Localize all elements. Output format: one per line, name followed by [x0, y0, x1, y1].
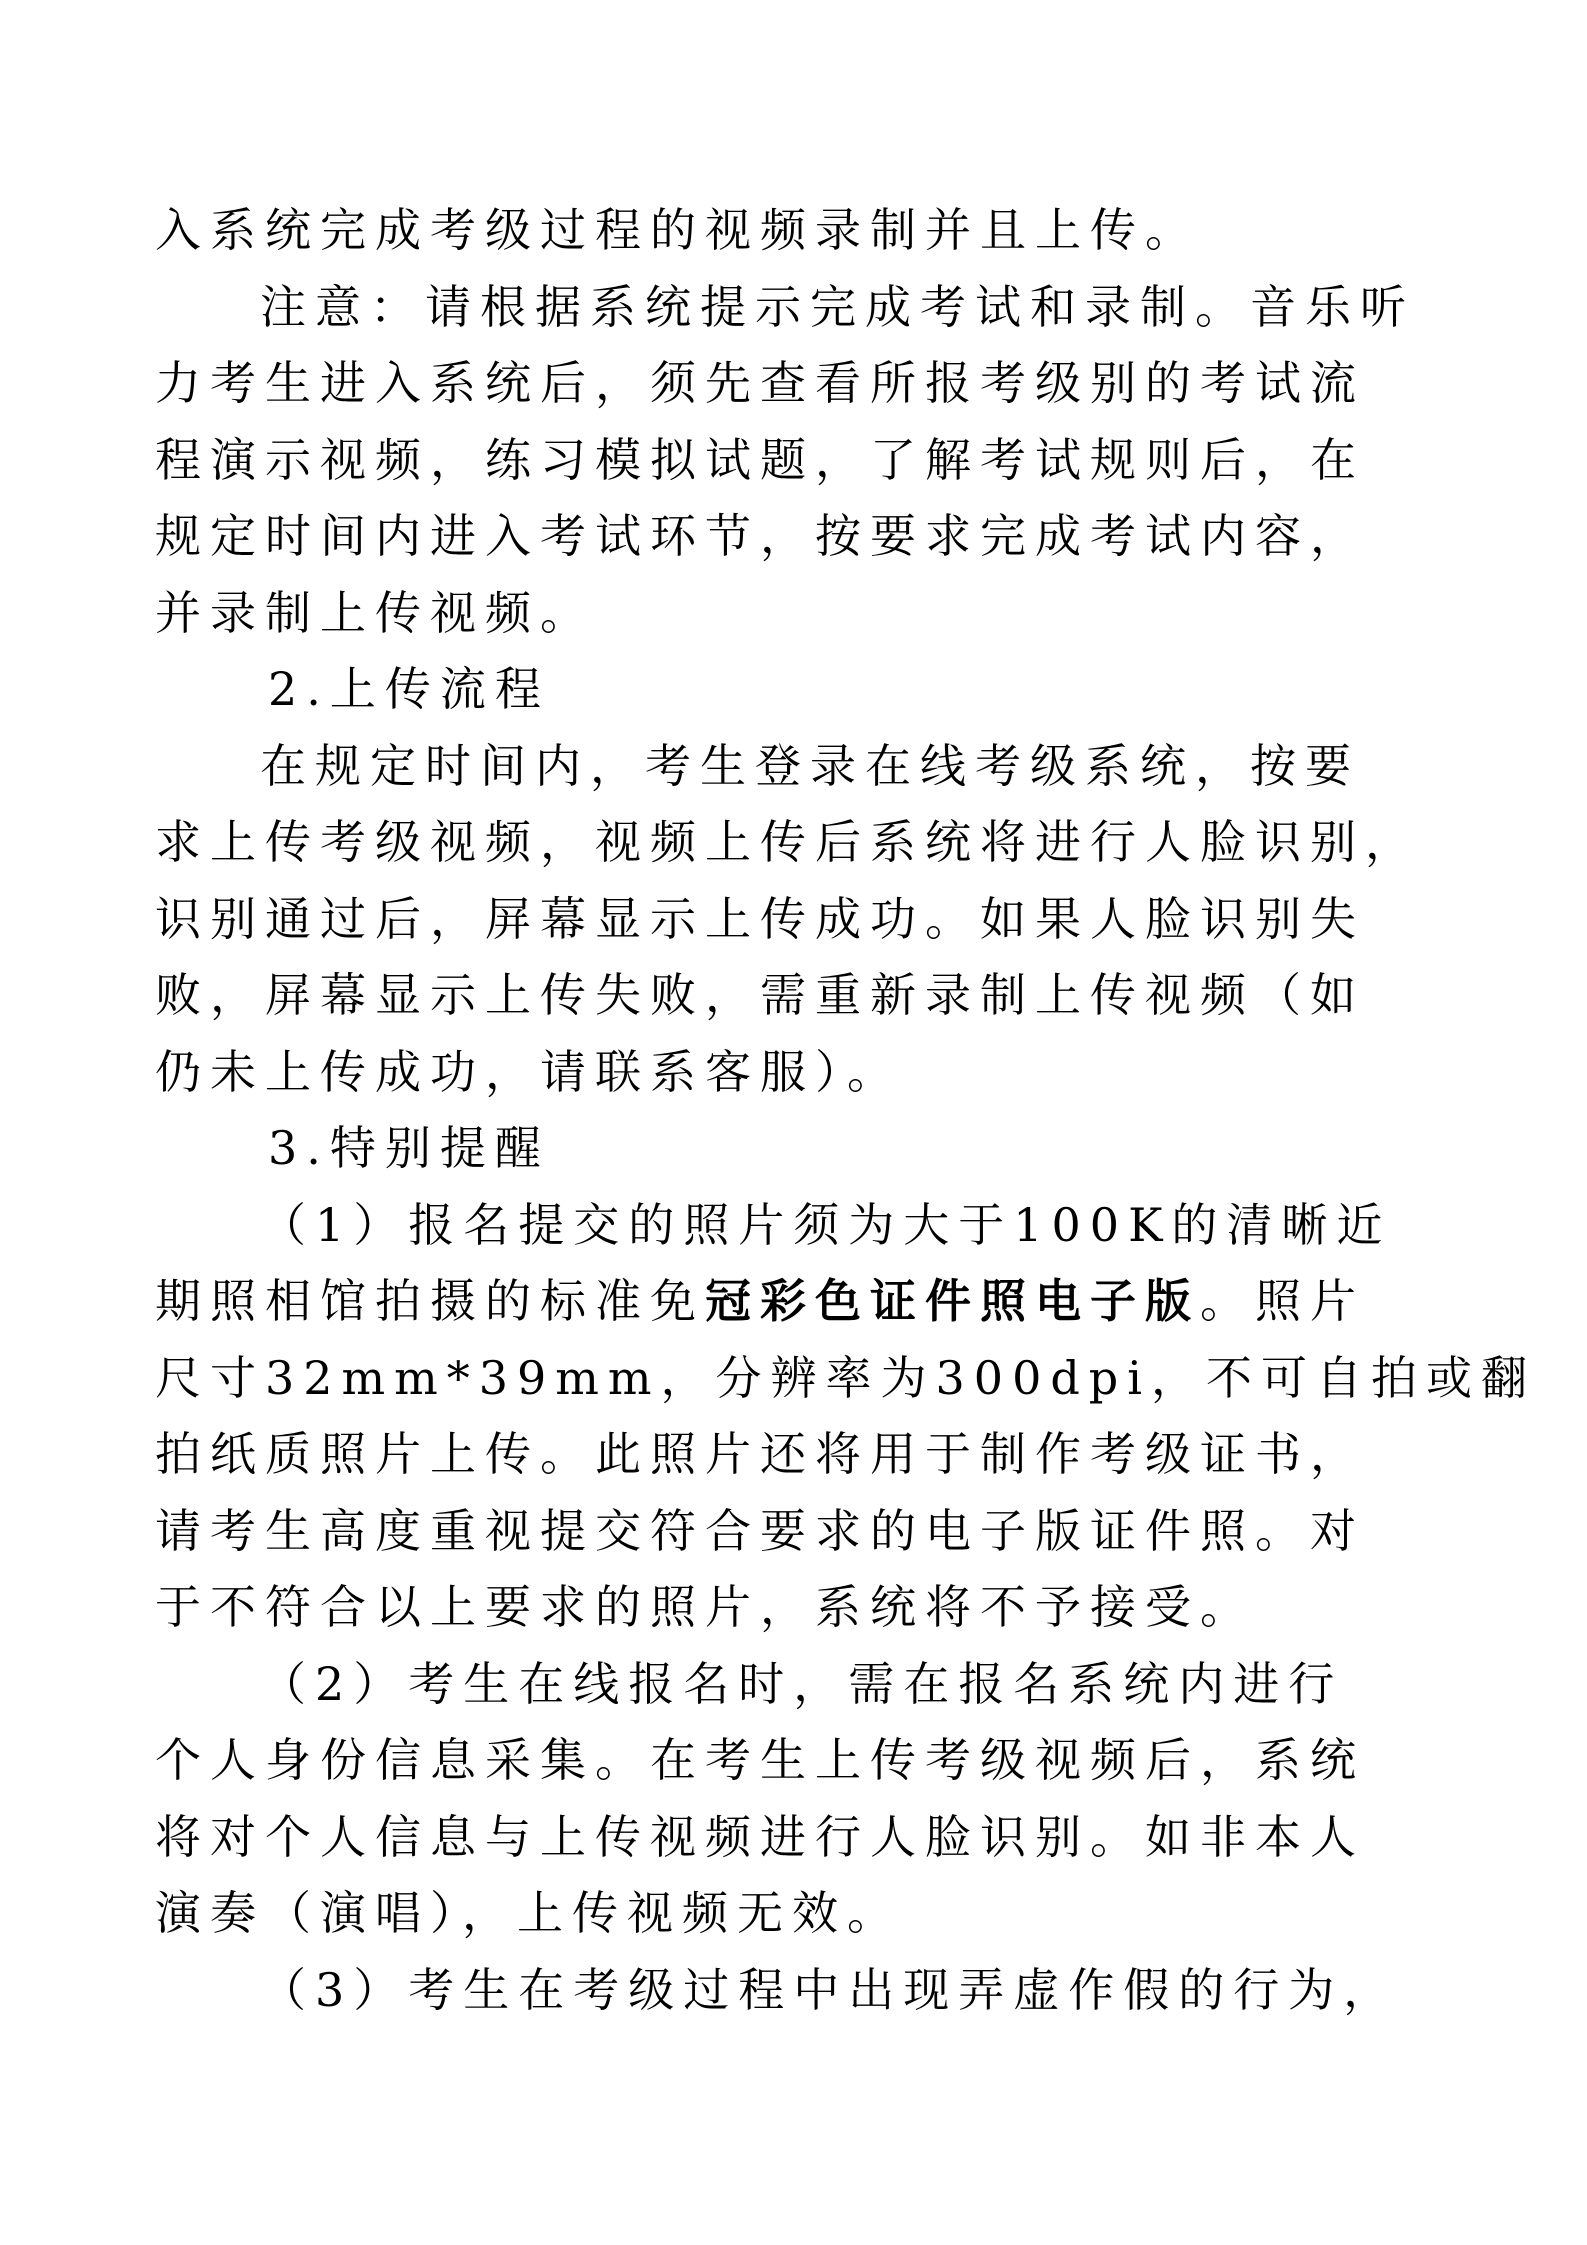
section-heading-upload-process: 2.上传流程 — [155, 651, 1445, 728]
list-item-1-line: 尺寸32mm*39mm，分辨率为300dpi，不可自拍或翻 — [155, 1340, 1445, 1417]
paragraph-line: 力考生进入系统后，须先查看所报考级别的考试流 — [155, 345, 1445, 422]
text-run: 期照相馆拍摄的标准免 — [155, 1274, 705, 1328]
note-paragraph-line: 注意：请根据系统提示完成考试和录制。音乐听 — [155, 269, 1445, 346]
paragraph-line: 求上传考级视频，视频上传后系统将进行人脸识别， — [155, 804, 1445, 881]
list-item-3-line: （3）考生在考级过程中出现弄虚作假的行为， — [155, 1952, 1445, 2029]
paragraph-line: 程演示视频，练习模拟试题，了解考试规则后，在 — [155, 422, 1445, 499]
list-item-2-line: 将对个人信息与上传视频进行人脸识别。如非本人 — [155, 1799, 1445, 1876]
paragraph-line: 在规定时间内，考生登录在线考级系统，按要 — [155, 728, 1445, 805]
list-item-2-line: 演奏（演唱），上传视频无效。 — [155, 1875, 1445, 1952]
section-heading-special-reminder: 3.特别提醒 — [155, 1110, 1445, 1187]
list-item-1-line: （1）报名提交的照片须为大于100K的清晰近 — [155, 1187, 1445, 1264]
list-item-1-line: 期照相馆拍摄的标准免冠彩色证件照电子版。照片 — [155, 1263, 1445, 1340]
text-run: 。照片 — [1200, 1274, 1365, 1328]
paragraph-line: 败，屏幕显示上传失败，需重新录制上传视频（如 — [155, 957, 1445, 1034]
paragraph-line: 规定时间内进入考试环节，按要求完成考试内容， — [155, 498, 1445, 575]
paragraph-line: 仍未上传成功，请联系客服）。 — [155, 1034, 1445, 1111]
paragraph-line: 入系统完成考级过程的视频录制并且上传。 — [155, 192, 1445, 269]
list-item-2-line: 个人身份信息采集。在考生上传考级视频后，系统 — [155, 1722, 1445, 1799]
paragraph-line: 识别通过后，屏幕显示上传成功。如果人脸识别失 — [155, 881, 1445, 958]
list-item-1-line: 请考生高度重视提交符合要求的电子版证件照。对 — [155, 1493, 1445, 1570]
paragraph-line: 并录制上传视频。 — [155, 575, 1445, 652]
emphasized-text: 冠彩色证件照电子版 — [705, 1274, 1200, 1328]
list-item-1-line: 拍纸质照片上传。此照片还将用于制作考级证书， — [155, 1416, 1445, 1493]
list-item-1-line: 于不符合以上要求的照片，系统将不予接受。 — [155, 1569, 1445, 1646]
document-page: 入系统完成考级过程的视频录制并且上传。 注意：请根据系统提示完成考试和录制。音乐… — [155, 192, 1445, 2028]
list-item-2-line: （2）考生在线报名时，需在报名系统内进行 — [155, 1646, 1445, 1723]
